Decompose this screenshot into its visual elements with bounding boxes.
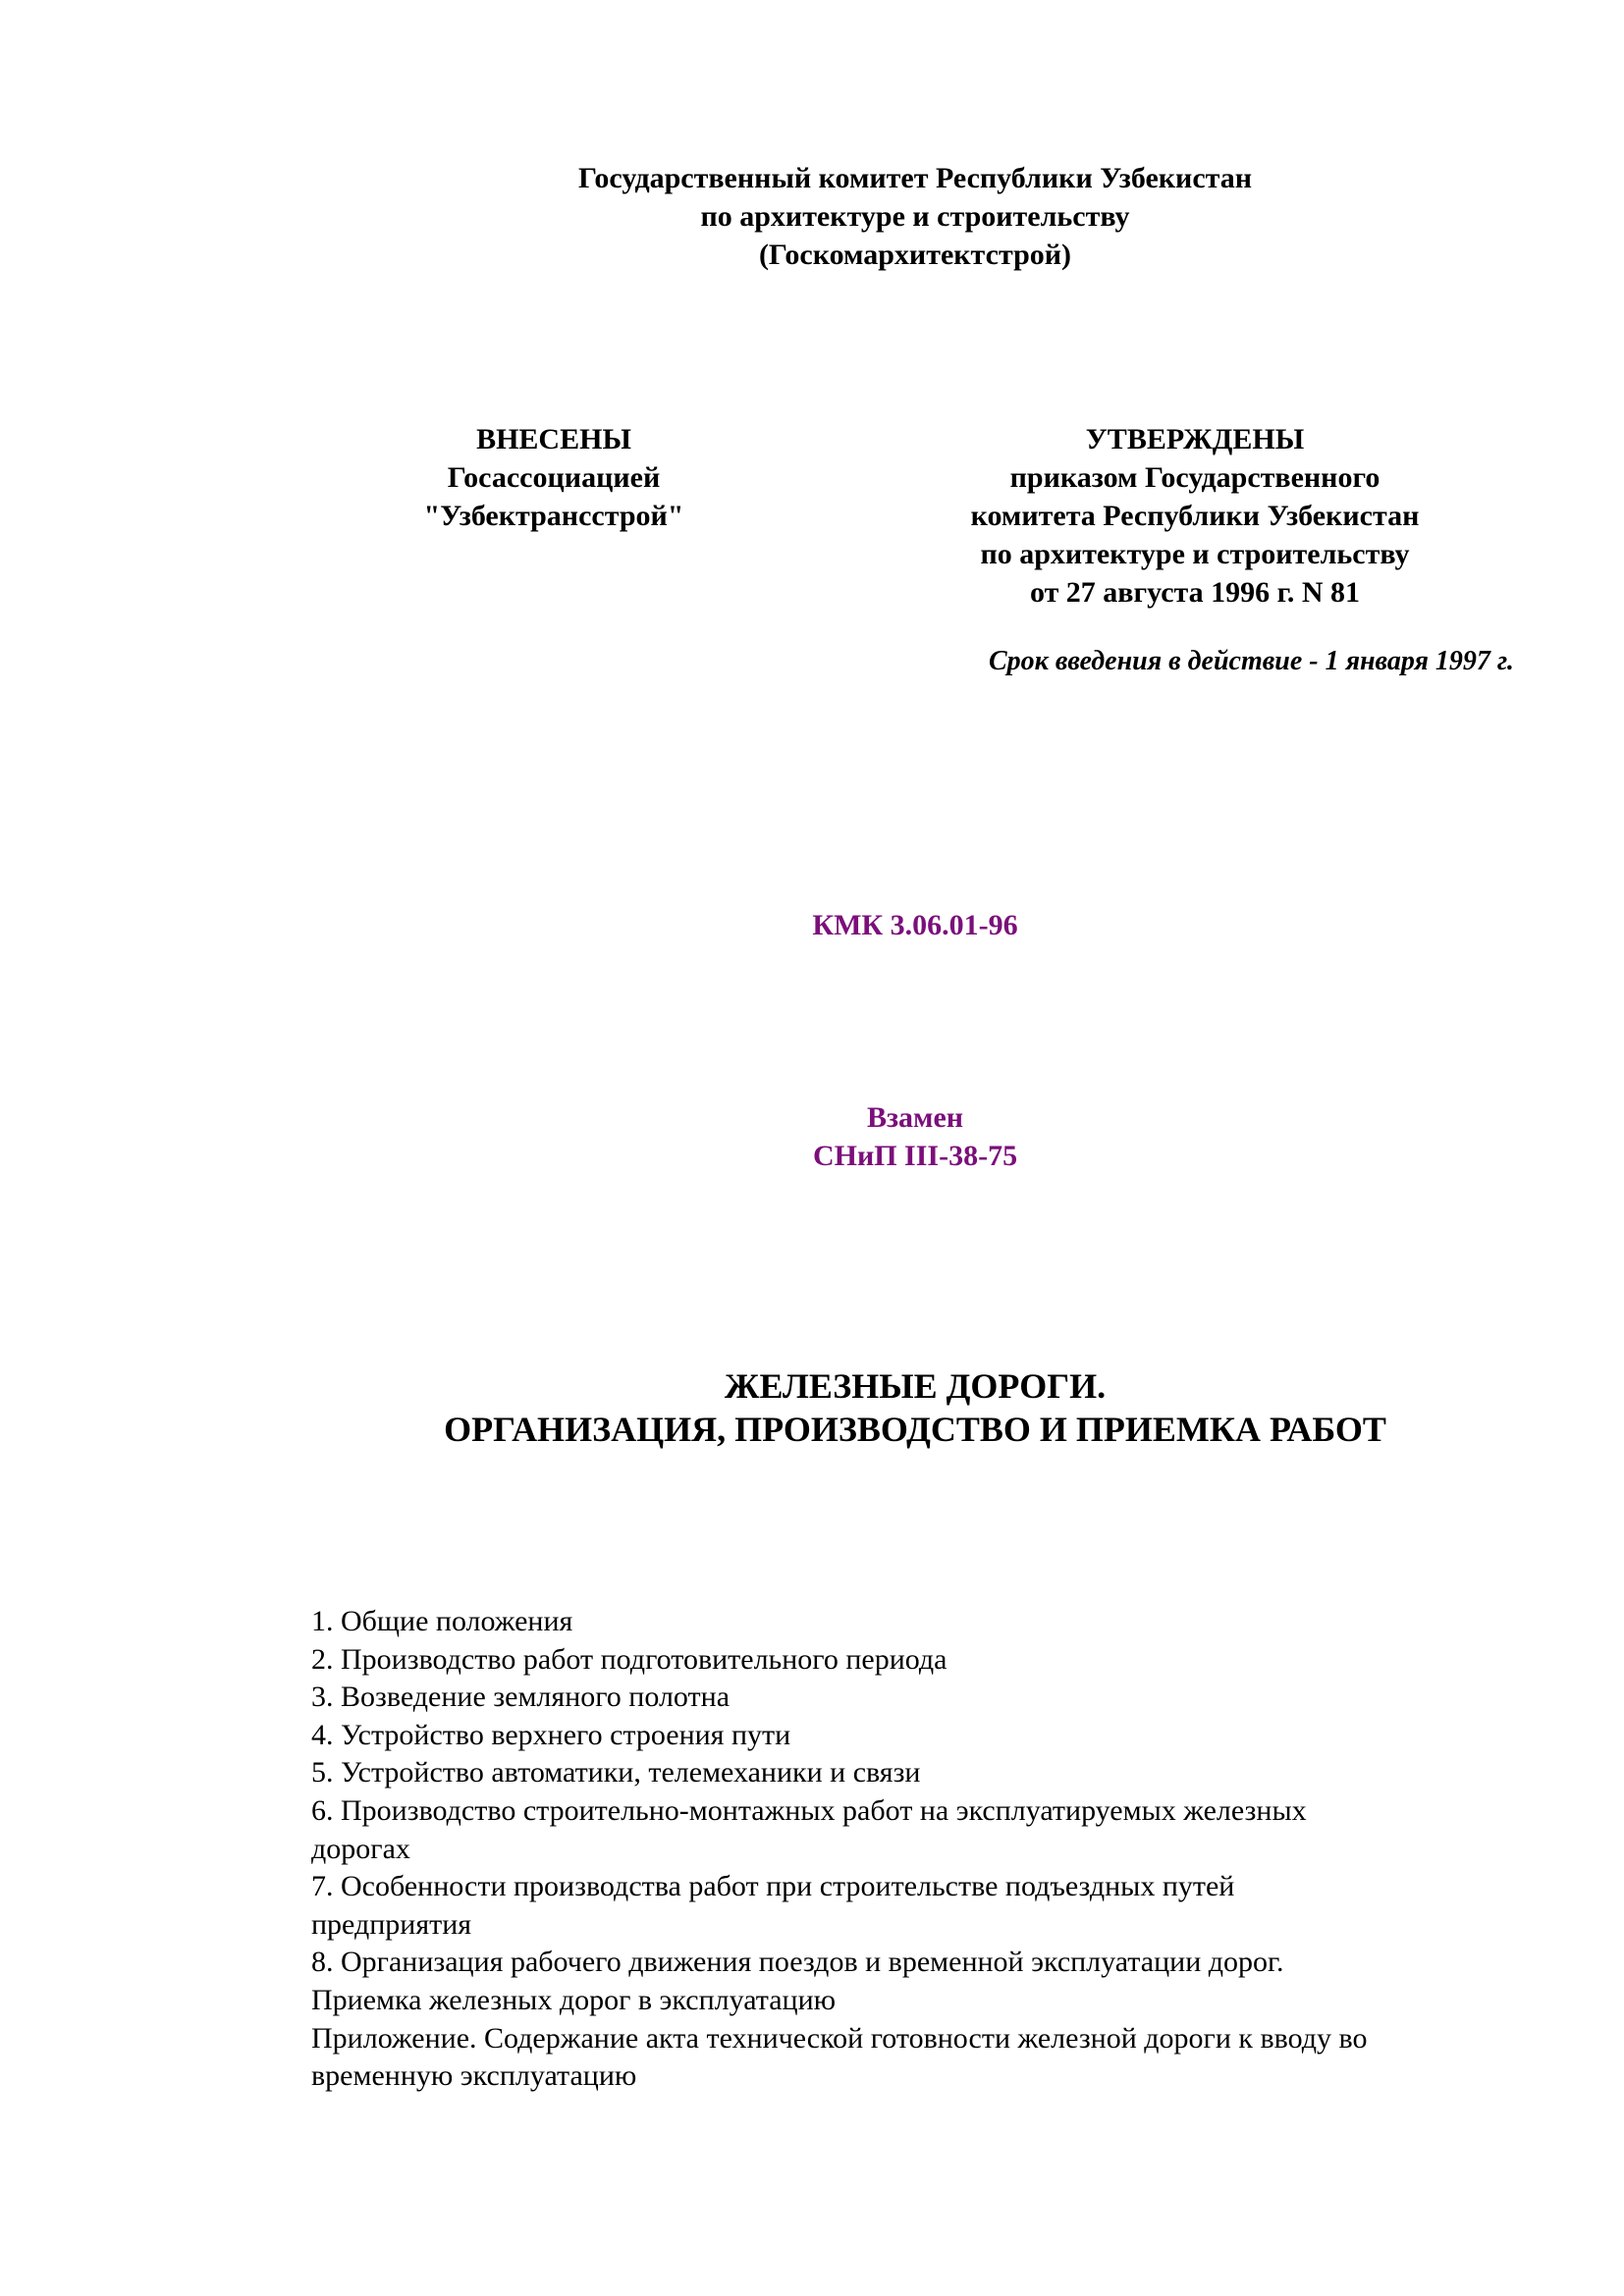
- submitted-by-block: ВНЕСЕНЫ Госассоциацией "Узбектрансстрой": [424, 420, 684, 535]
- approved-line: от 27 августа 1996 г. N 81: [971, 573, 1420, 612]
- replaces-label: Взамен: [813, 1098, 1017, 1137]
- approved-line: приказом Государственного: [971, 458, 1420, 497]
- table-of-contents: 1. Общие положения2. Производство работ …: [311, 1603, 1367, 2096]
- contents-item: 3. Возведение земляного полотна: [311, 1679, 1367, 1717]
- document-title-line: ЖЕЛЕЗНЫЕ ДОРОГИ.: [444, 1364, 1386, 1408]
- document-code: КМК 3.06.01-96: [812, 909, 1017, 942]
- approved-by-block: УТВЕРЖДЕНЫ приказом Государственного ком…: [971, 420, 1420, 612]
- submitted-line: Госассоциацией: [424, 458, 684, 497]
- issuing-authority-line: Государственный комитет Республики Узбек…: [578, 159, 1252, 197]
- contents-item: временную эксплуатацию: [311, 2057, 1367, 2096]
- contents-item: 4. Устройство верхнего строения пути: [311, 1717, 1367, 1755]
- document-title-line: ОРГАНИЗАЦИЯ, ПРОИЗВОДСТВО И ПРИЕМКА РАБО…: [444, 1408, 1386, 1451]
- contents-item: предприятия: [311, 1906, 1367, 1945]
- approved-line: по архитектуре и строительству: [971, 535, 1420, 573]
- contents-item: 1. Общие положения: [311, 1603, 1367, 1641]
- contents-item: Приложение. Содержание акта технической …: [311, 2020, 1367, 2058]
- contents-item: 6. Производство строительно-монтажных ра…: [311, 1792, 1367, 1831]
- submitted-line: "Узбектрансстрой": [424, 497, 684, 535]
- replaces-code: СНиП III-38-75: [813, 1137, 1017, 1175]
- document-title: ЖЕЛЕЗНЫЕ ДОРОГИ. ОРГАНИЗАЦИЯ, ПРОИЗВОДСТ…: [444, 1364, 1386, 1451]
- effective-date: Срок введения в действие - 1 января 1997…: [989, 646, 1514, 677]
- contents-item: 2. Производство работ подготовительного …: [311, 1641, 1367, 1680]
- contents-item: 5. Устройство автоматики, телемеханики и…: [311, 1754, 1367, 1792]
- contents-item: дорогах: [311, 1831, 1367, 1869]
- issuing-authority-line: (Госкомархитектстрой): [578, 236, 1252, 274]
- approved-heading: УТВЕРЖДЕНЫ: [971, 420, 1420, 458]
- issuing-authority: Государственный комитет Республики Узбек…: [578, 159, 1252, 274]
- submitted-heading: ВНЕСЕНЫ: [424, 420, 684, 458]
- contents-item: 8. Организация рабочего движения поездов…: [311, 1944, 1367, 1982]
- contents-item: Приемка железных дорог в эксплуатацию: [311, 1982, 1367, 2020]
- approved-line: комитета Республики Узбекистан: [971, 497, 1420, 535]
- issuing-authority-line: по архитектуре и строительству: [578, 197, 1252, 236]
- contents-item: 7. Особенности производства работ при ст…: [311, 1868, 1367, 1906]
- replaces-block: Взамен СНиП III-38-75: [813, 1098, 1017, 1175]
